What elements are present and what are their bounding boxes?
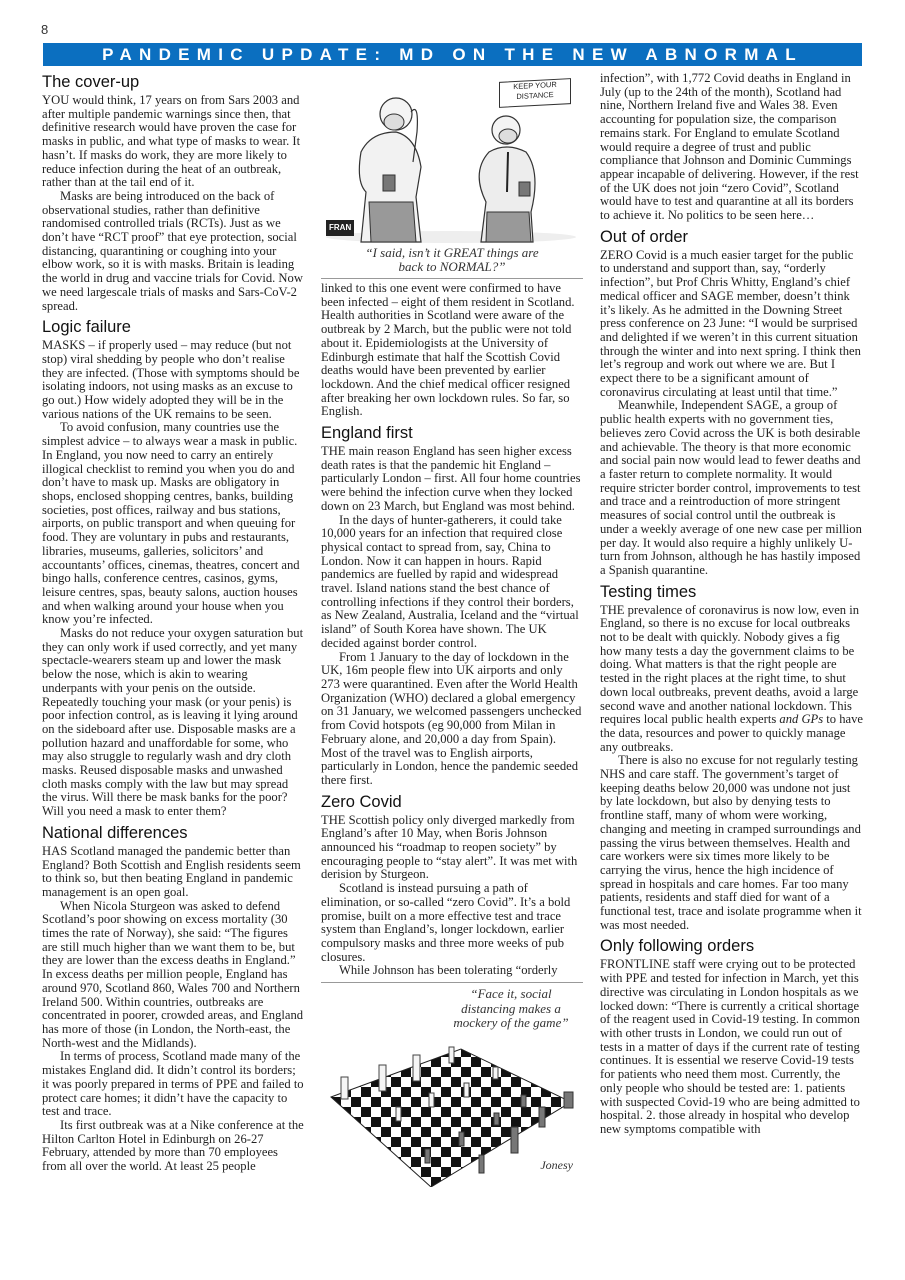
paragraph: Meanwhile, Independent SAGE, a group of … (600, 399, 864, 577)
column-2: KEEP YOUR DISTANCE FRAN “I said, isn’t i… (321, 72, 583, 1187)
divider (321, 278, 583, 279)
column-1: The cover-up YOU would think, 17 years o… (42, 72, 304, 1174)
paragraph: THE prevalence of coronavirus is now low… (600, 604, 864, 755)
cartoonist-signature: Jonesy (540, 1159, 573, 1173)
paragraph: linked to this one event were confirmed … (321, 282, 583, 419)
heading-only-following-orders: Only following orders (600, 936, 864, 956)
paragraph: Masks do not reduce your oxygen saturati… (42, 627, 304, 819)
divider (321, 982, 583, 983)
italic-text-run: and GPs (779, 712, 823, 726)
paragraph: MASKS – if properly used – may reduce (b… (42, 339, 304, 421)
heading-out-of-order: Out of order (600, 227, 864, 247)
paragraph: Its first outbreak was at a Nike confere… (42, 1119, 304, 1174)
caption-line: back to NORMAL?” (321, 260, 583, 274)
paragraph: From 1 January to the day of lockdown in… (321, 651, 583, 788)
heading-national-differences: National differences (42, 823, 304, 843)
paragraph: HAS Scotland managed the pandemic better… (42, 845, 304, 900)
paragraph: THE Scottish policy only diverged marked… (321, 814, 583, 883)
column-3: infection”, with 1,772 Covid deaths in E… (600, 72, 864, 1137)
heading-zero-covid: Zero Covid (321, 792, 583, 812)
paragraph: To avoid confusion, many countries use t… (42, 421, 304, 627)
paragraph: THE main reason England has seen higher … (321, 445, 583, 514)
heading-logic-failure: Logic failure (42, 317, 304, 337)
section-banner: PANDEMIC UPDATE: MD ON THE NEW ABNORMAL (43, 43, 862, 66)
keep-your-distance-sign: KEEP YOUR DISTANCE (499, 78, 571, 108)
paragraph: In the days of hunter-gatherers, it coul… (321, 514, 583, 651)
paragraph: YOU would think, 17 years on from Sars 2… (42, 94, 304, 190)
paragraph: ZERO Covid is a much easier target for t… (600, 249, 864, 400)
paragraph: There is also no excuse for not regularl… (600, 754, 864, 932)
heading-cover-up: The cover-up (42, 72, 304, 92)
text-run: THE prevalence of coronavirus is now low… (600, 603, 859, 727)
page-number: 8 (41, 22, 48, 37)
cartoon-caption: “I said, isn’t it GREAT things are back … (321, 246, 583, 274)
paragraph: While Johnson has been tolerating “order… (321, 964, 583, 978)
paragraph: infection”, with 1,772 Covid deaths in E… (600, 72, 864, 223)
cartoon-masks: KEEP YOUR DISTANCE FRAN (321, 72, 583, 246)
caption-line: “I said, isn’t it GREAT things are (321, 246, 583, 260)
paragraph: Masks are being introduced on the back o… (42, 190, 304, 313)
paragraph: In terms of process, Scotland made many … (42, 1050, 304, 1119)
cartoonist-signature: FRAN (326, 220, 354, 236)
paragraph: When Nicola Sturgeon was asked to defend… (42, 900, 304, 1051)
cartoon-chess: “Face it, social distancing makes a mock… (321, 987, 583, 1187)
paragraph: Scotland is instead pursuing a path of e… (321, 882, 583, 964)
paragraph: FRONTLINE staff were crying out to be pr… (600, 958, 864, 1136)
cartoon-caption: “Face it, social distancing makes a mock… (451, 987, 571, 1031)
heading-testing-times: Testing times (600, 582, 864, 602)
heading-england-first: England first (321, 423, 583, 443)
